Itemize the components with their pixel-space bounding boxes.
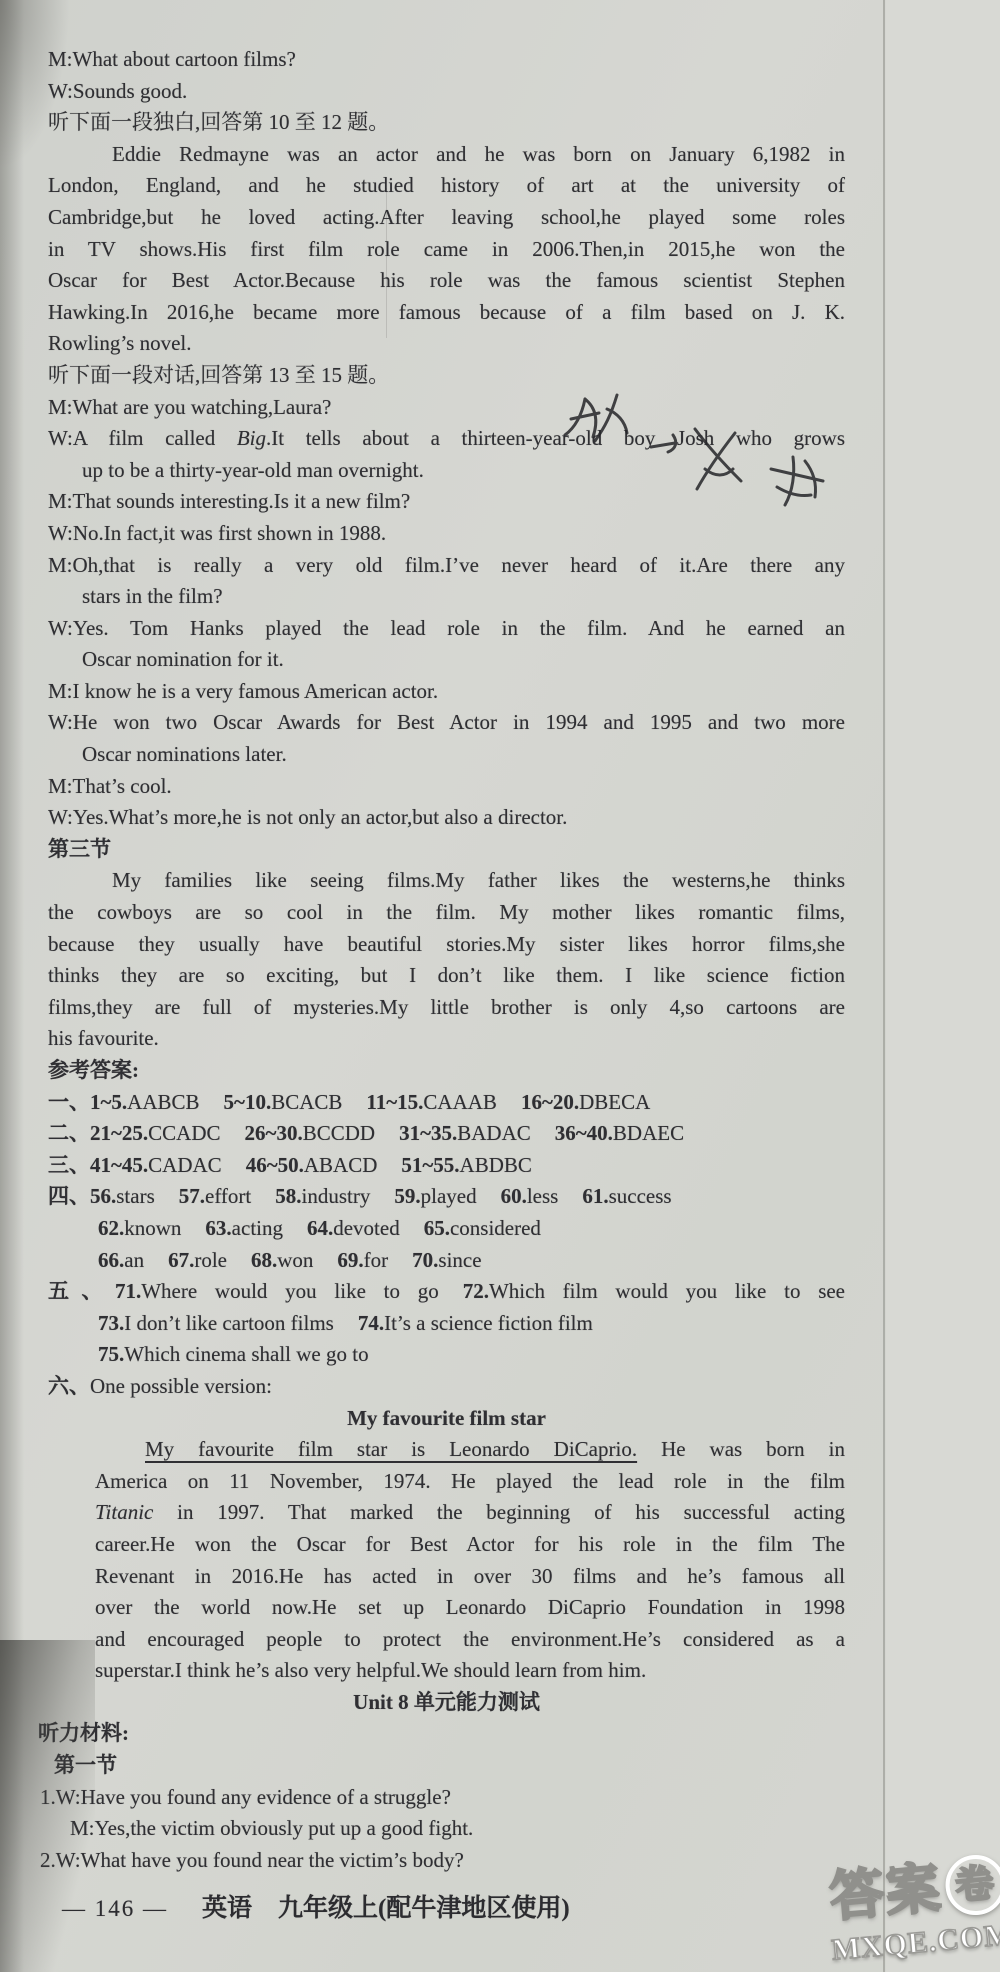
scanned-page: { "page": { "footer": { "page_number": "… [0,0,1000,1972]
text-line: Rowling’s novel. [48,328,845,360]
text-segment: and encouraged people to protect the env… [95,1627,845,1651]
text-segment: 64. [307,1216,333,1240]
answer-line: 73.I don’t like cartoon films74.It’s a s… [98,1308,845,1340]
text-segment: 46~50. [246,1153,304,1177]
text-line: Cambridge,but he loved acting.After leav… [48,202,845,234]
text-segment: 听下面一段对话,回答第 13 至 15 题。 [48,363,389,387]
text-segment: success [609,1184,672,1208]
text-segment: M:That sounds interesting.Is it a new fi… [48,489,410,513]
text-segment: ABACD [304,1153,378,1177]
text-segment: ABDBC [460,1153,532,1177]
text-segment: Hawking.In 2016,he became more famous be… [48,300,845,324]
text-segment: 67. [168,1248,194,1272]
text-segment: Revenant in 2016.He has acted in over 30… [95,1564,845,1588]
text-segment: 六、 [48,1374,90,1398]
text-line: in TV shows.His first film role came in … [48,234,845,266]
answer-line: 一、1~5.AABCB5~10.BCACB11~15.CAAAB16~20.DB… [48,1087,845,1119]
text-segment: stars in the film? [82,584,223,608]
text-line: because they usually have beautiful stor… [48,929,845,961]
answer-line: 75.Which cinema shall we go to [98,1339,845,1371]
text-segment: 三、 [48,1153,90,1177]
text-segment: 73. [98,1311,124,1335]
answer-line: 66.an67.role68.won69.for70.since [98,1245,845,1277]
text-segment: W:He won two Oscar Awards for Best Actor… [48,710,845,734]
answer-line: 五、71.Where would you like to go72.Which … [48,1276,845,1308]
text-segment: 75. [98,1342,124,1366]
text-segment: 68. [251,1248,277,1272]
watermark-circle-icon: 卷 [943,1852,1000,1917]
text-segment: BDAEC [613,1121,684,1145]
text-segment: CAAAB [423,1090,497,1114]
text-segment: an [124,1248,144,1272]
text-segment: 36~40. [555,1121,613,1145]
text-segment: 62. [98,1216,124,1240]
text-segment: 21~25. [90,1121,148,1145]
text-segment: 41~45. [90,1153,148,1177]
text-line: thinks they are so exciting, but I don’t… [48,960,845,992]
text-segment: My favourite film star is Leonardo DiCap… [145,1437,637,1461]
text-segment: 65. [424,1216,450,1240]
text-segment: CCADC [148,1121,220,1145]
text-segment: M:I know he is a very famous American ac… [48,679,438,703]
text-segment: 69. [337,1248,363,1272]
text-segment: 26~30. [245,1121,303,1145]
listening-instruction: 听下面一段独白,回答第 10 至 12 题。 [48,107,845,139]
text-segment: over the world now.He set up Leonardo Di… [95,1595,845,1619]
text-segment: It’s a science fiction film [384,1311,593,1335]
text-line: M:I know he is a very famous American ac… [48,676,845,708]
text-segment: Which film would you like to see [489,1279,845,1303]
text-segment: 1~5. [90,1090,127,1114]
text-segment: DBECA [579,1090,650,1114]
text-segment: W:Yes. Tom Hanks played the lead role in… [48,616,845,640]
text-segment: Oscar nomination for it. [82,647,284,671]
text-line: career.He won the Oscar for Best Actor f… [95,1529,845,1561]
text-segment: stars [116,1184,155,1208]
text-line: Oscar nominations later. [82,739,845,771]
text-segment: He was born in [637,1437,845,1461]
watermark: 答案卷 MXQE.COM [823,1839,1000,1967]
text-segment: 2.W:What have you found near the victim’… [40,1848,464,1872]
text-segment: 58. [275,1184,301,1208]
text-line: films,they are full of mysteries.My litt… [48,992,845,1024]
text-line: Oscar nomination for it. [82,644,845,676]
text-segment: W:No.In fact,it was first shown in 1988. [48,521,386,545]
text-segment: his favourite. [48,1026,159,1050]
text-segment: 五、 [48,1279,115,1303]
text-segment: W:Yes.What’s more,he is not only an acto… [48,805,567,829]
section-heading: 第三节 [48,834,845,866]
answer-line: 二、21~25.CCADC26~30.BCCDD31~35.BADAC36~40… [48,1118,845,1150]
text-segment: 31~35. [399,1121,457,1145]
text-segment: 听下面一段独白,回答第 10 至 12 题。 [48,110,389,134]
text-segment: America on 11 November, 1974. He played … [95,1469,845,1493]
text-segment: industry [302,1184,371,1208]
text-segment: London, England, and he studied history … [48,173,845,197]
text-segment: 16~20. [521,1090,579,1114]
text-segment: Unit 8 单元能力测试 [353,1690,540,1714]
text-segment: Where would you like to go [141,1279,438,1303]
answer-line: 六、One possible version: [48,1371,845,1403]
text-segment: W:A film called [48,426,237,450]
text-segment: thinks they are so exciting, but I don’t… [48,963,845,987]
text-segment: for [364,1248,389,1272]
text-segment: One possible version: [90,1374,272,1398]
text-line: America on 11 November, 1974. He played … [95,1466,845,1498]
text-segment: 61. [582,1184,608,1208]
text-segment: up to be a thirty-year-old man overnight… [82,458,424,482]
answer-line: 四、56.stars57.effort58.industry59.played6… [48,1181,845,1213]
text-segment: 二、 [48,1121,90,1145]
answer-line: 三、41~45.CADAC46~50.ABACD51~55.ABDBC [48,1150,845,1182]
text-line: stars in the film? [82,581,845,613]
text-line: over the world now.He set up Leonardo Di… [95,1592,845,1624]
section-heading: 第一节 [54,1750,845,1782]
text-segment: superstar.I think he’s also very helpful… [95,1658,646,1682]
text-segment: in TV shows.His first film role came in … [48,237,845,261]
text-segment: 参考答案: [48,1058,139,1082]
text-line: M:What about cartoon films? [48,44,845,76]
text-segment: because they usually have beautiful stor… [48,932,845,956]
text-line: the cowboys are so cool in the film. My … [48,897,845,929]
answers-heading: 参考答案: [48,1055,845,1087]
text-segment: 74. [358,1311,384,1335]
text-segment: played [421,1184,477,1208]
text-segment: devoted [333,1216,399,1240]
text-segment: 一、 [48,1090,90,1114]
text-segment: M:What are you watching,Laura? [48,395,331,419]
text-line: W:Yes.What’s more,he is not only an acto… [48,802,845,834]
text-segment: M:That’s cool. [48,774,172,798]
text-segment: Titanic [95,1500,153,1524]
text-segment: 57. [179,1184,205,1208]
page-text: M:What about cartoon films?W:Sounds good… [48,44,845,1876]
text-line: 1.W:Have you found any evidence of a str… [40,1782,845,1814]
text-segment: in 1997. That marked the beginning of hi… [153,1500,845,1524]
text-segment: 70. [412,1248,438,1272]
text-segment: My favourite film star [347,1406,546,1430]
page-footer: — 146 —英语九年级上(配牛津地区使用) [62,1888,570,1924]
text-line: My favourite film star is Leonardo DiCap… [95,1434,845,1466]
listening-material-heading: 听力材料: [38,1718,845,1750]
text-line: superstar.I think he’s also very helpful… [95,1655,845,1687]
text-segment: My families like seeing films.My father … [112,868,845,892]
text-line: London, England, and he studied history … [48,170,845,202]
text-segment: known [124,1216,181,1240]
text-segment: films,they are full of mysteries.My litt… [48,995,845,1019]
text-segment: Oscar for Best Actor.Because his role wa… [48,268,845,292]
text-line: W:Yes. Tom Hanks played the lead role in… [48,613,845,645]
text-segment: Cambridge,but he loved acting.After leav… [48,205,845,229]
text-line: Revenant in 2016.He has acted in over 30… [95,1561,845,1593]
text-segment: 59. [394,1184,420,1208]
text-segment: M:Oh,that is really a very old film.I’ve… [48,553,845,577]
text-line: his favourite. [48,1023,845,1055]
text-line: My families like seeing films.My father … [48,865,845,897]
scan-shadow-bottom-left [0,1640,95,1972]
text-segment: won [277,1248,313,1272]
text-segment: the cowboys are so cool in the film. My … [48,900,845,924]
text-segment: since [438,1248,481,1272]
page-edge-line [883,0,885,1972]
text-segment: 66. [98,1248,124,1272]
text-segment: Which cinema shall we go to [124,1342,368,1366]
text-line: Oscar for Best Actor.Because his role wa… [48,265,845,297]
text-segment: effort [205,1184,251,1208]
unit-heading: Unit 8 单元能力测试 [48,1687,845,1719]
page-edge-margin [886,0,1000,1972]
text-segment: 71. [115,1279,141,1303]
text-segment: 60. [501,1184,527,1208]
text-segment: W:Sounds good. [48,79,187,103]
text-segment: 第三节 [48,837,111,861]
text-segment: Rowling’s novel. [48,331,192,355]
answer-line: 62.known63.acting64.devoted65.considered [98,1213,845,1245]
text-line: 2.W:What have you found near the victim’… [40,1845,845,1877]
essay-title: My favourite film star [48,1403,845,1435]
text-segment: AABCB [127,1090,199,1114]
text-segment: Big [237,426,266,450]
text-segment: BCACB [271,1090,342,1114]
text-segment: Eddie Redmayne was an actor and he was b… [112,142,845,166]
text-line: Hawking.In 2016,he became more famous be… [48,297,845,329]
text-segment: I don’t like cartoon films [124,1311,334,1335]
text-segment: considered [450,1216,541,1240]
text-line: Eddie Redmayne was an actor and he was b… [48,139,845,171]
text-segment: Oscar nominations later. [82,742,287,766]
text-segment: 四、 [48,1184,90,1208]
handwritten-scribble [555,385,845,535]
footer-subject: 英语 [202,1895,252,1922]
text-segment: role [194,1248,227,1272]
text-line: Titanic in 1997. That marked the beginni… [95,1497,845,1529]
text-line: M:Oh,that is really a very old film.I’ve… [48,550,845,582]
text-line: M:Yes,the victim obviously put up a good… [70,1813,845,1845]
text-segment: less [527,1184,559,1208]
text-segment: 51~55. [401,1153,459,1177]
text-line: M:That’s cool. [48,771,845,803]
text-segment: 72. [463,1279,489,1303]
text-segment: M:Yes,the victim obviously put up a good… [70,1816,473,1840]
text-segment: acting [232,1216,283,1240]
text-segment: BCCDD [303,1121,375,1145]
footer-edition: 九年级上(配牛津地区使用) [278,1895,570,1922]
text-segment: 1.W:Have you found any evidence of a str… [40,1785,451,1809]
text-segment: CADAC [148,1153,222,1177]
watermark-brand: 答案卷 [823,1839,1000,1932]
text-line: and encouraged people to protect the env… [95,1624,845,1656]
text-line: W:He won two Oscar Awards for Best Actor… [48,707,845,739]
text-segment: 5~10. [224,1090,272,1114]
text-line: W:Sounds good. [48,76,845,108]
text-segment: 63. [205,1216,231,1240]
text-segment: 11~15. [366,1090,423,1114]
text-segment: BADAC [457,1121,531,1145]
text-segment: career.He won the Oscar for Best Actor f… [95,1532,845,1556]
text-segment: 56. [90,1184,116,1208]
text-segment: M:What about cartoon films? [48,47,296,71]
